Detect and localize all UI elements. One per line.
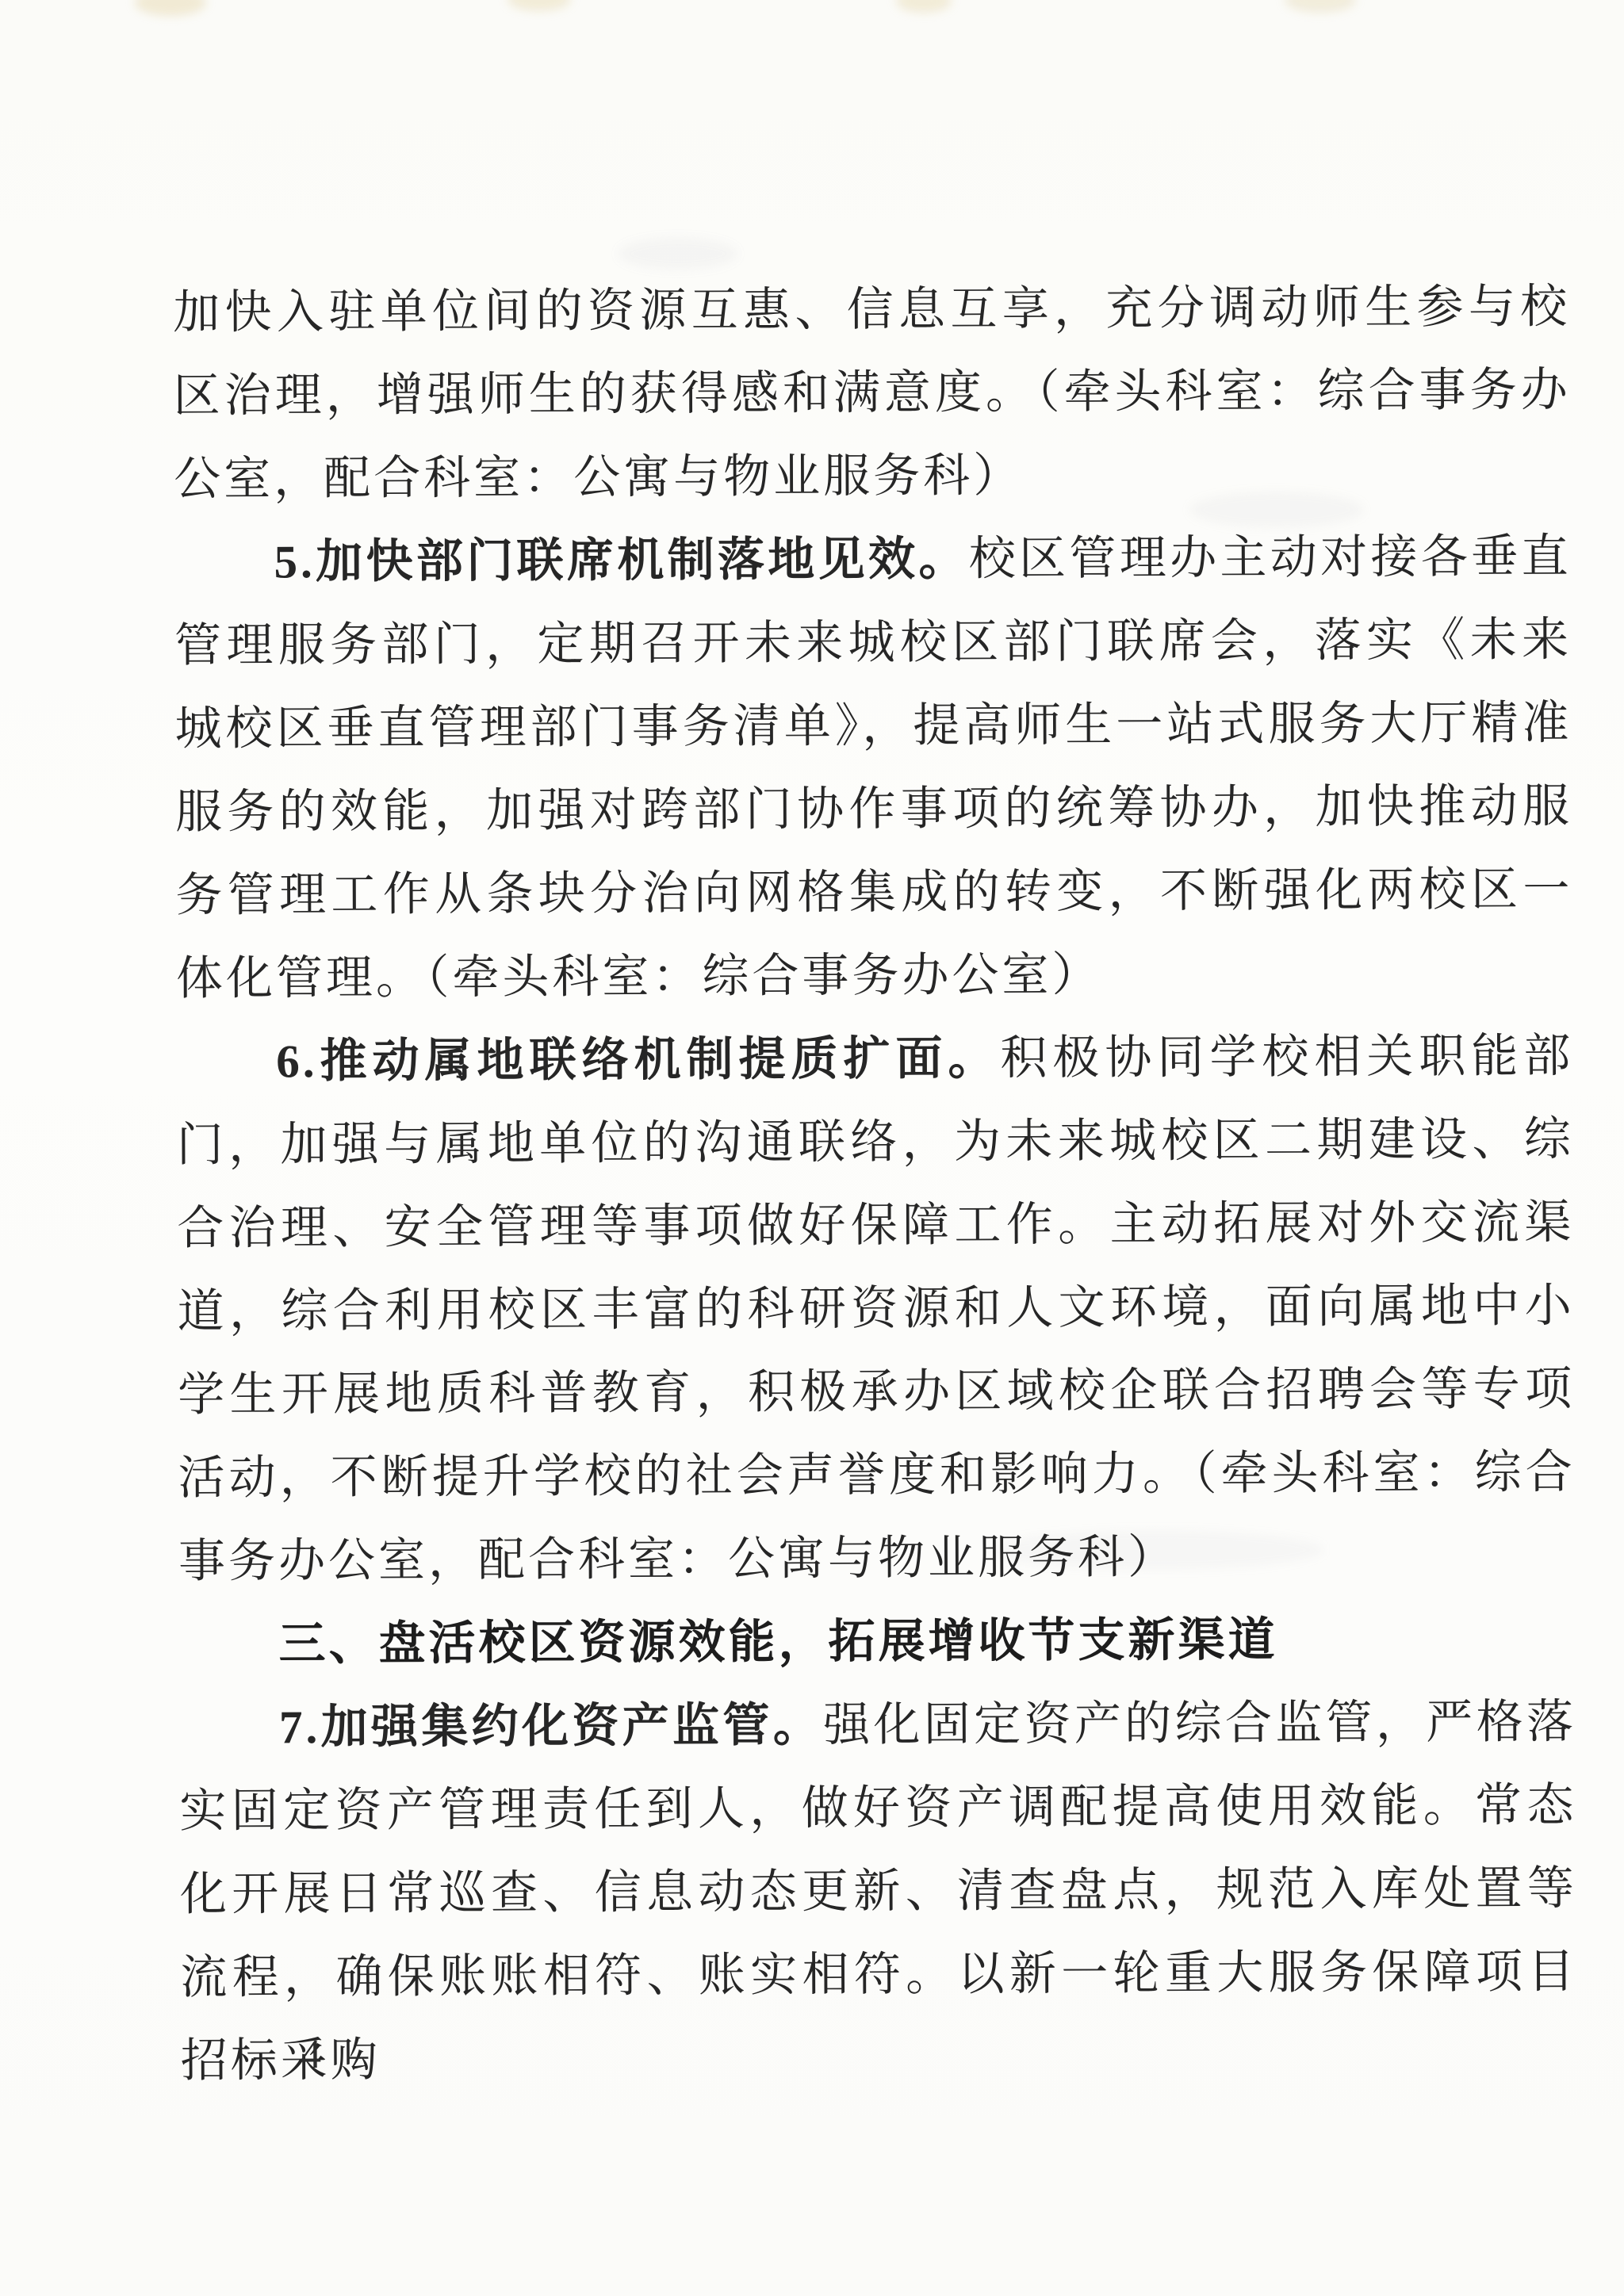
page-number: – 4 – (254, 2031, 376, 2079)
paragraph-text: 强化固定资产的综合监管，严格落实固定资产管理责任到人，做好资产调配提高使用效能。… (179, 1695, 1577, 2087)
paragraph-text: 积极协同学校相关职能部门，加强与属地单位的沟通联络，为未来城校区二期建设、综合治… (177, 1029, 1576, 1587)
paragraph-bold-lead: 5.加快部门联席机制落地见效。 (274, 533, 968, 588)
scanned-document-page: 加快入驻单位间的资源互惠、信息互享，充分调动师生参与校区治理，增强师生的获得感和… (0, 0, 1624, 2296)
scan-artifact (135, 0, 206, 16)
paragraph-continuation: 加快入驻单位间的资源互惠、信息互享，充分调动师生参与校区治理，增强师生的获得感和… (173, 265, 1571, 521)
paragraph-item-6: 6.推动属地联络机制提质扩面。积极协同学校相关职能部门，加强与属地单位的沟通联络… (176, 1014, 1576, 1603)
scan-artifact (619, 238, 737, 270)
paragraph-text: 校区管理办主动对接各垂直管理服务部门，定期召开未来城校区部门联席会，落实《未来城… (174, 530, 1573, 1004)
document-body: 加快入驻单位间的资源互惠、信息互享，充分调动师生参与校区治理，增强师生的获得感和… (173, 265, 1578, 2103)
scan-artifact (896, 0, 952, 13)
paragraph-bold-lead: 6.推动属地联络机制提质扩面。 (276, 1031, 1000, 1087)
paragraph-item-7: 7.加强集约化资产监管。强化固定资产的综合监管，严格落实固定资产管理责任到人，做… (179, 1680, 1578, 2103)
scan-artifact (1285, 0, 1356, 13)
paragraph-bold-lead: 7.加强集约化资产监管。 (279, 1698, 823, 1753)
section-heading: 三、盘活校区资源效能，拓展增收节支新渠道 (178, 1597, 1576, 1686)
paragraph-text: 加快入驻单位间的资源互惠、信息互享，充分调动师生参与校区治理，增强师生的获得感和… (173, 280, 1571, 505)
paragraph-item-5: 5.加快部门联席机制落地见效。校区管理办主动对接各垂直管理服务部门，定期召开未来… (174, 515, 1573, 1020)
scan-artifact (507, 0, 571, 11)
section-heading-text: 三、盘活校区资源效能，拓展增收节支新渠道 (278, 1613, 1277, 1670)
